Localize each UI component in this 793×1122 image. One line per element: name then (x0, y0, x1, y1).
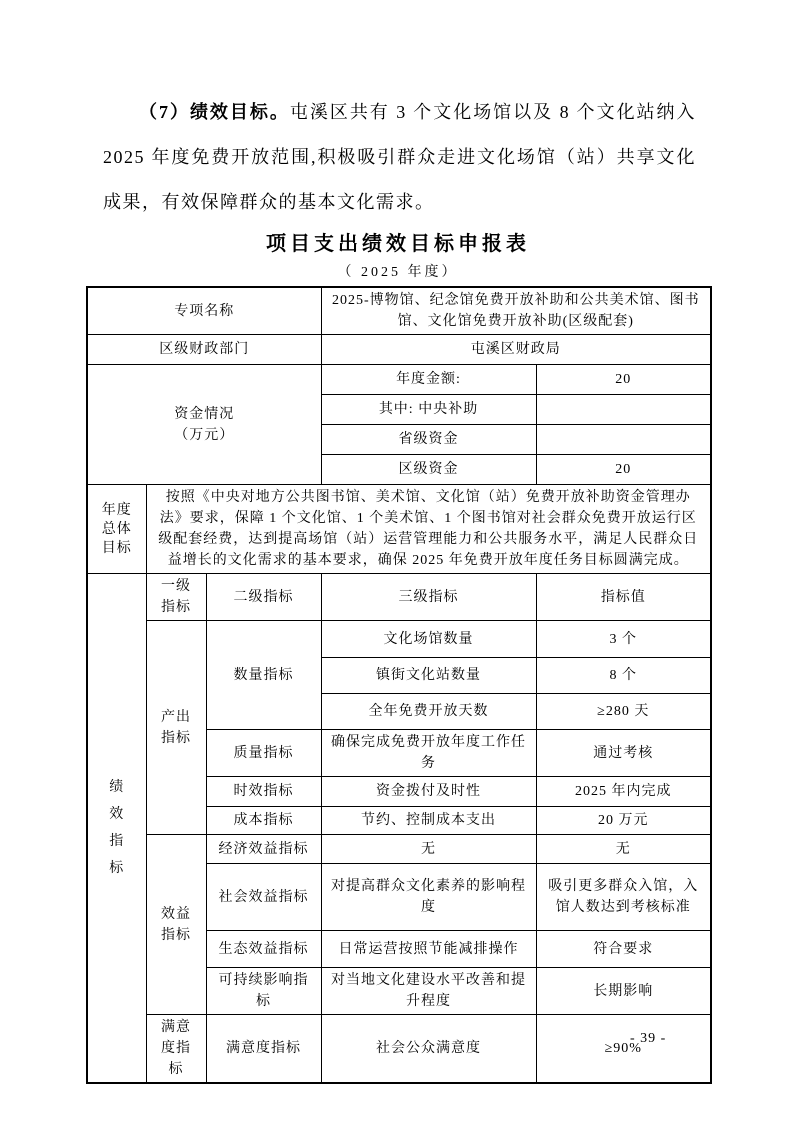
annual-goal-text: 按照《中央对地方公共图书馆、美术馆、文化馆（站）免费开放补助资金管理办法》要求，… (146, 485, 711, 574)
project-name-value: 2025-博物馆、纪念馆免费开放补助和公共美术馆、图书馆、文化馆免费开放补助(区… (321, 287, 711, 335)
funding-province-label: 省级资金 (321, 425, 536, 455)
indicator-value: 3 个 (536, 621, 711, 658)
funding-label-line2: （万元） (96, 425, 313, 446)
indicator-name: 对当地文化建设水平改善和提升程度 (321, 968, 536, 1015)
finance-dept-label: 区级财政部门 (87, 335, 321, 365)
table-row-indicator-header: 绩效指标 一级指标 二级指标 三级指标 指标值 (87, 574, 711, 621)
table-row-project-name: 专项名称 2025-博物馆、纪念馆免费开放补助和公共美术馆、图书馆、文化馆免费开… (87, 287, 711, 335)
indicator-value: 2025 年内完成 (536, 777, 711, 807)
table-row-venues: 产出指标 数量指标 文化场馆数量 3 个 (87, 621, 711, 658)
finance-dept-value: 屯溪区财政局 (321, 335, 711, 365)
header-value: 指标值 (536, 574, 711, 621)
indicator-value: 长期影响 (536, 968, 711, 1015)
performance-target-table: 专项名称 2025-博物馆、纪念馆免费开放补助和公共美术馆、图书馆、文化馆免费开… (86, 286, 712, 1084)
indicator-name: 节约、控制成本支出 (321, 807, 536, 835)
indicator-name: 资金拨付及时性 (321, 777, 536, 807)
header-level2: 二级指标 (206, 574, 321, 621)
level2-quantity: 数量指标 (206, 621, 321, 730)
level2-economic: 经济效益指标 (206, 835, 321, 864)
indicator-value: 符合要求 (536, 931, 711, 968)
table-row-finance-dept: 区级财政部门 屯溪区财政局 (87, 335, 711, 365)
header-level1: 一级指标 (146, 574, 206, 621)
funding-central-value (536, 395, 711, 425)
table-row-satisfaction: 满意度指标 满意度指标 社会公众满意度 ≥90% (87, 1015, 711, 1084)
header-level3: 三级指标 (321, 574, 536, 621)
page-number: - 39 - (630, 1031, 666, 1047)
level2-timeliness: 时效指标 (206, 777, 321, 807)
document-page: （7）绩效目标。屯溪区共有 3 个文化场馆以及 8 个文化站纳入 2025 年度… (0, 0, 793, 1122)
table-title: 项目支出绩效目标申报表 (86, 229, 710, 259)
indicator-value: ≥90% (536, 1015, 711, 1084)
level2-cost: 成本指标 (206, 807, 321, 835)
indicator-name: 社会公众满意度 (321, 1015, 536, 1084)
indicator-value: 20 万元 (536, 807, 711, 835)
funding-central-label: 其中: 中央补助 (321, 395, 536, 425)
indicator-name: 文化场馆数量 (321, 621, 536, 658)
indicator-name: 确保完成免费开放年度工作任务 (321, 730, 536, 777)
indicator-name: 镇街文化站数量 (321, 658, 536, 694)
project-name-label: 专项名称 (87, 287, 321, 335)
funding-province-value (536, 425, 711, 455)
indicator-value: 无 (536, 835, 711, 864)
table-row-annual-goal: 年度总体目标 按照《中央对地方公共图书馆、美术馆、文化馆（站）免费开放补助资金管… (87, 485, 711, 574)
indicator-name: 日常运营按照节能减排操作 (321, 931, 536, 968)
level1-benefit: 效益指标 (146, 835, 206, 1015)
indicator-side-label: 绩效指标 (87, 574, 146, 1084)
annual-goal-label: 年度总体目标 (87, 485, 146, 574)
funding-district-label: 区级资金 (321, 455, 536, 485)
funding-annual-value: 20 (536, 365, 711, 395)
indicator-value: 8 个 (536, 658, 711, 694)
document-content: （7）绩效目标。屯溪区共有 3 个文化场馆以及 8 个文化站纳入 2025 年度… (86, 0, 710, 1084)
level2-quality: 质量指标 (206, 730, 321, 777)
level2-satisfaction: 满意度指标 (206, 1015, 321, 1084)
table-row-economic: 效益指标 经济效益指标 无 无 (87, 835, 711, 864)
paragraph-lead: （7）绩效目标。 (139, 102, 290, 122)
level1-satisfaction: 满意度指标 (146, 1015, 206, 1084)
level2-social: 社会效益指标 (206, 864, 321, 931)
performance-goal-paragraph: （7）绩效目标。屯溪区共有 3 个文化场馆以及 8 个文化站纳入 2025 年度… (103, 90, 696, 225)
indicator-value: ≥280 天 (536, 694, 711, 730)
funding-label: 资金情况 （万元） (87, 365, 321, 485)
level2-sustainable: 可持续影响指标 (206, 968, 321, 1015)
funding-district-value: 20 (536, 455, 711, 485)
indicator-value: 通过考核 (536, 730, 711, 777)
indicator-name: 全年免费开放天数 (321, 694, 536, 730)
level1-output: 产出指标 (146, 621, 206, 835)
indicator-name: 无 (321, 835, 536, 864)
level2-ecological: 生态效益指标 (206, 931, 321, 968)
funding-annual-label: 年度金额: (321, 365, 536, 395)
table-row-funding-annual: 资金情况 （万元） 年度金额: 20 (87, 365, 711, 395)
indicator-name: 对提高群众文化素养的影响程度 (321, 864, 536, 931)
indicator-value: 吸引更多群众入馆，入馆人数达到考核标准 (536, 864, 711, 931)
funding-label-line1: 资金情况 (96, 404, 313, 425)
table-subtitle: （ 2025 年度） (86, 259, 710, 286)
